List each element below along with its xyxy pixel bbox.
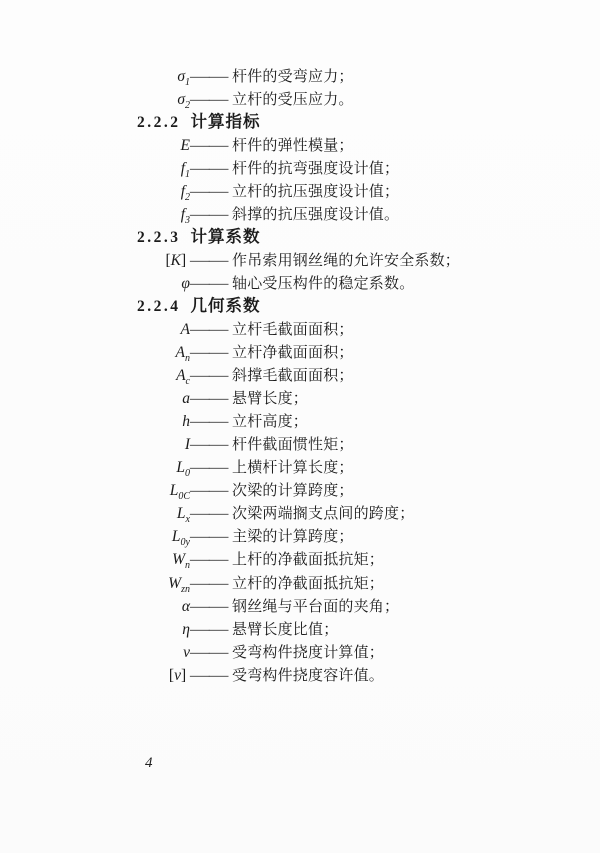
em-dash: —— [190,158,245,181]
def-row-Wn: Wn —— 上杆的净截面抵抗矩； [0,548,600,571]
symbol: Wzn [98,572,190,595]
em-dash: —— [190,66,245,89]
em-dash: —— [190,135,245,158]
symbol: h [98,410,190,433]
definition-text: 上杆的净截面抵抗矩； [232,549,384,572]
def-row-K-allowable: [K] —— 作吊索用钢丝绳的允许安全系数； [0,249,600,272]
em-dash: —— [190,365,245,388]
em-dash: —— [190,480,245,503]
em-dash: —— [190,89,245,112]
symbol: I [98,433,190,456]
em-dash: —— [190,619,245,642]
definition-text: 杆件的受弯应力； [232,66,354,89]
def-row-An: An —— 立杆净截面面积； [0,341,600,364]
em-dash: —— [190,411,245,434]
definition-text: 受弯构件挠度计算值； [232,642,384,665]
page-number: 4 [145,755,153,772]
def-row-L0C: L0C —— 次梁的计算跨度； [0,479,600,502]
def-row-f1: f1 —— 杆件的抗弯强度设计值； [0,157,600,180]
definition-text: 受弯构件挠度容许值。 [232,665,384,688]
definition-text: 杆件的弹性模量； [232,135,354,158]
definition-text: 次梁两端搁支点间的跨度； [232,503,414,526]
section-title: 计算系数 [191,226,261,249]
definition-text: 主梁的计算跨度； [232,526,354,549]
symbol: f1 [98,157,190,180]
em-dash: —— [190,181,245,204]
section-heading-2-2-2: 2.2.2 计算指标 [0,111,600,134]
em-dash: —— [190,273,245,296]
definition-text: 立杆的受压应力。 [232,89,354,112]
em-dash: —— [190,665,245,688]
symbol: η [98,618,190,641]
em-dash: —— [190,434,245,457]
symbol: f2 [98,180,190,203]
symbol: f3 [98,203,190,226]
definition-text: 立杆毛截面面积； [232,319,354,342]
def-row-I: I —— 杆件截面惯性矩； [0,433,600,456]
def-row-Wzn: Wzn —— 立杆的净截面抵抗矩； [0,572,600,595]
def-row-L0: L0 —— 上横杆计算长度； [0,456,600,479]
def-row-a: a —— 悬臂长度； [0,387,600,410]
def-row-nu: ν —— 受弯构件挠度计算值； [0,641,600,664]
definition-text: 斜撑毛截面面积； [232,365,354,388]
scanned-document-page: σ1 —— 杆件的受弯应力； σ2 —— 立杆的受压应力。 2.2.2 计算指标… [0,0,600,853]
symbol: A [98,318,190,341]
em-dash: —— [190,457,245,480]
em-dash: —— [190,342,245,365]
symbol: σ2 [98,88,190,111]
em-dash: —— [190,319,245,342]
section-number: 2.2.4 [137,295,181,318]
em-dash: —— [190,204,245,227]
em-dash: —— [190,642,245,665]
symbol: ν [98,641,190,664]
def-row-Ac: Ac —— 斜撑毛截面面积； [0,364,600,387]
symbol: L0y [98,525,190,548]
def-row-E: E —— 杆件的弹性模量； [0,134,600,157]
definition-text: 次梁的计算跨度； [232,480,354,503]
symbol: φ [98,272,190,295]
definition-text: 杆件截面惯性矩； [232,434,354,457]
definition-text: 轴心受压构件的稳定系数。 [232,273,414,296]
def-row-f3: f3 —— 斜撑的抗压强度设计值。 [0,203,600,226]
section-title: 计算指标 [191,111,261,134]
section-number: 2.2.3 [137,226,181,249]
def-row-sigma1: σ1 —— 杆件的受弯应力； [0,65,600,88]
symbol: Lx [98,502,190,525]
definition-text: 悬臂长度比值； [232,619,338,642]
section-number: 2.2.2 [137,111,181,134]
definition-text: 上横杆计算长度； [232,457,354,480]
symbol: a [98,387,190,410]
def-row-f2: f2 —— 立杆的抗压强度设计值； [0,180,600,203]
definition-text: 立杆净截面面积； [232,342,354,365]
definition-text: 立杆的净截面抵抗矩； [232,573,384,596]
definition-text: 作吊索用钢丝绳的允许安全系数； [232,250,460,273]
definition-text: 杆件的抗弯强度设计值； [232,158,399,181]
section-title: 几何系数 [191,295,261,318]
def-row-Lx: Lx —— 次梁两端搁支点间的跨度； [0,502,600,525]
symbol: [K] [98,249,190,272]
symbol: L0 [98,456,190,479]
em-dash: —— [190,250,245,273]
symbol: L0C [98,479,190,502]
symbol: An [98,341,190,364]
def-row-sigma2: σ2 —— 立杆的受压应力。 [0,88,600,111]
symbol: E [98,134,190,157]
def-row-nu-allowable: [ν] —— 受弯构件挠度容许值。 [0,664,600,687]
symbol: [ν] [98,664,190,687]
section-heading-2-2-4: 2.2.4 几何系数 [0,295,600,318]
def-row-h: h —— 立杆高度； [0,410,600,433]
def-row-A: A —— 立杆毛截面面积； [0,318,600,341]
em-dash: —— [190,596,245,619]
symbol: Wn [98,548,190,571]
symbol: σ1 [98,65,190,88]
em-dash: —— [190,503,245,526]
symbol: Ac [98,364,190,387]
definition-text: 立杆的抗压强度设计值； [232,181,399,204]
def-row-L0y: L0y —— 主梁的计算跨度； [0,525,600,548]
definition-text: 钢丝绳与平台面的夹角； [232,596,399,619]
def-row-phi: φ —— 轴心受压构件的稳定系数。 [0,272,600,295]
em-dash: —— [190,573,245,596]
section-heading-2-2-3: 2.2.3 计算系数 [0,226,600,249]
definition-list: σ1 —— 杆件的受弯应力； σ2 —— 立杆的受压应力。 2.2.2 计算指标… [0,65,600,687]
em-dash: —— [190,526,245,549]
em-dash: —— [190,388,245,411]
symbol: α [98,595,190,618]
definition-text: 斜撑的抗压强度设计值。 [232,204,399,227]
def-row-eta: η —— 悬臂长度比值； [0,618,600,641]
em-dash: —— [190,549,245,572]
def-row-alpha: α —— 钢丝绳与平台面的夹角； [0,595,600,618]
